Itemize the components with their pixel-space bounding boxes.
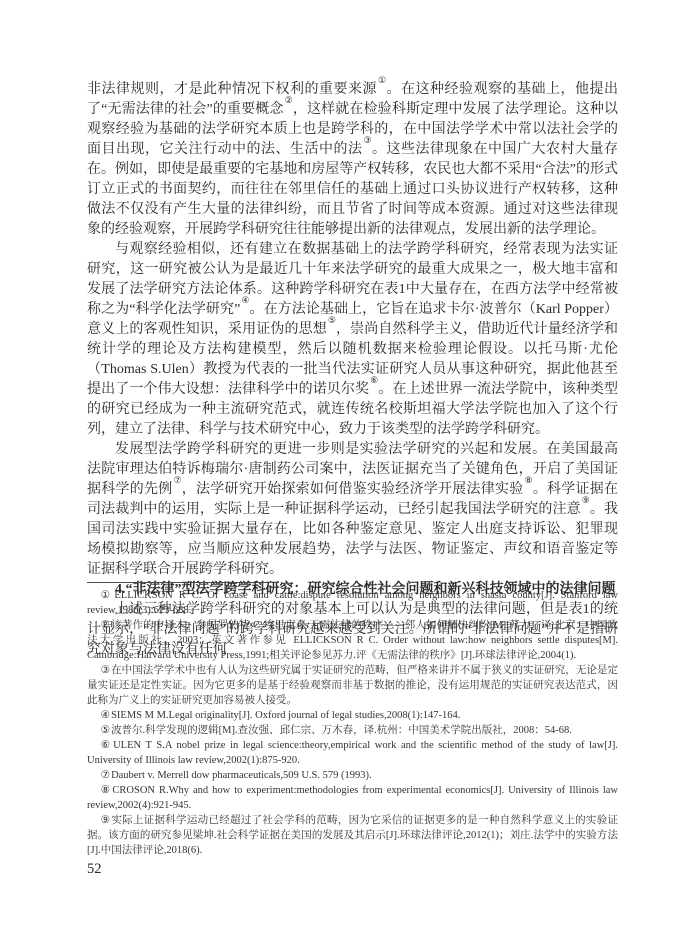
footnote-marker: ② bbox=[101, 620, 111, 631]
page-number: 52 bbox=[87, 861, 102, 878]
footnote-marker: ⑥ bbox=[101, 740, 112, 751]
footnote-marker: ④ bbox=[101, 710, 110, 721]
footnote-ref: ④ bbox=[241, 295, 249, 305]
paragraph: 与观察经验相似，还有建立在数据基础上的法学跨学科研究，经常表现为法实证研究，这一… bbox=[87, 240, 618, 440]
footnote-section: ①ELLICKSON R C. Of coase and cattle:disp… bbox=[87, 582, 618, 858]
footnote-ref: ⑧ bbox=[525, 475, 533, 485]
footnote-marker: ⑨ bbox=[101, 815, 111, 826]
content-area: 非法律规则，才是此种情况下权利的重要来源①。在这种经验观察的基础上，他提出了“无… bbox=[87, 80, 618, 660]
footnote-item: ⑥ULEN T S.A nobel prize in legal science… bbox=[87, 738, 618, 768]
footnote-ref: ⑨ bbox=[582, 495, 590, 505]
footnote-item: ⑦Daubert v. Merrell dow pharmaceuticals,… bbox=[87, 768, 618, 783]
paragraph: 非法律规则，才是此种情况下权利的重要来源①。在这种经验观察的基础上，他提出了“无… bbox=[87, 80, 618, 240]
footnote-item: ①ELLICKSON R C. Of coase and cattle:disp… bbox=[87, 588, 618, 618]
footnote-marker: ① bbox=[101, 590, 114, 601]
footnote-item: ⑤波普尔.科学发现的逻辑[M].查汝强、邱仁宗、万木春，译.杭州：中国美术学院出… bbox=[87, 723, 618, 738]
footnote-ref: ③ bbox=[363, 135, 372, 145]
footnote-marker: ③ bbox=[101, 665, 110, 676]
footnote-ref: ① bbox=[378, 75, 387, 85]
footnote-item: ④SIEMS M M.Legal originality[J]. Oxford … bbox=[87, 708, 618, 723]
document-page: 非法律规则，才是此种情况下权利的重要来源①。在这种经验观察的基础上，他提出了“无… bbox=[0, 0, 700, 943]
footnote-ref: ⑦ bbox=[173, 475, 181, 485]
footnote-item: ⑧CROSON R.Why and how to experiment:meth… bbox=[87, 783, 618, 813]
footnote-separator bbox=[87, 582, 269, 583]
footnote-marker: ⑧ bbox=[101, 785, 112, 796]
footnote-ref: ② bbox=[285, 95, 293, 105]
footnote-list: ①ELLICKSON R C. Of coase and cattle:disp… bbox=[87, 588, 618, 858]
footnote-ref: ⑤ bbox=[328, 315, 336, 325]
footnote-item: ②该著作的中译本，参见罗伯特·C·埃里克森.无需法律的秩序——邻人如何解决纠纷[… bbox=[87, 618, 618, 663]
footnote-marker: ⑦ bbox=[101, 770, 110, 781]
footnote-item: ⑨实际上证据科学运动已经超过了社会学科的范畴，因为它采信的证据更多的是一种自然科… bbox=[87, 813, 618, 858]
footnote-ref: ⑥ bbox=[370, 375, 378, 385]
footnote-item: ③在中国法学学术中也有人认为这些研究属于实证研究的范畴，但严格来讲并不属于狭义的… bbox=[87, 663, 618, 708]
footnote-marker: ⑤ bbox=[101, 725, 110, 736]
paragraph: 发展型法学跨学科研究的更进一步则是实验法学研究的兴起和发展。在美国最高法院审理达… bbox=[87, 440, 618, 580]
